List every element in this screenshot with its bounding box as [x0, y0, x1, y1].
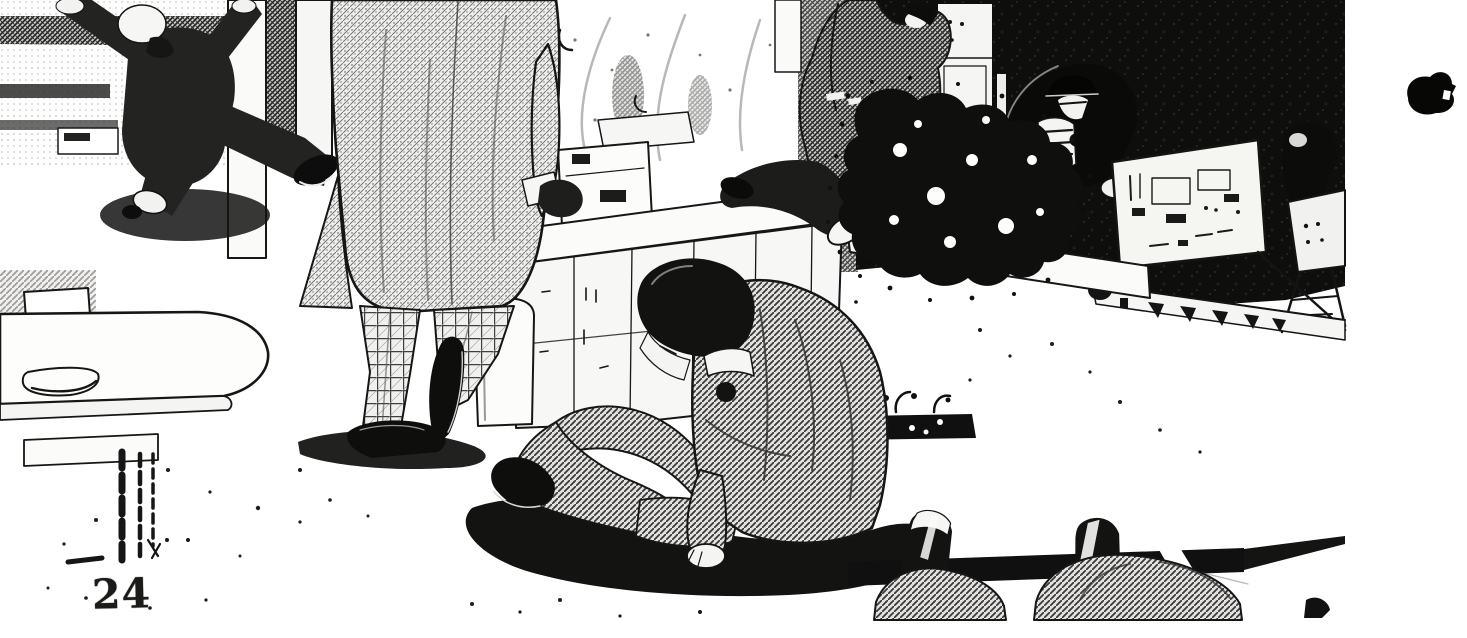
page-number: 24 — [91, 569, 151, 619]
manga-page-scan: 24 — [0, 0, 1467, 638]
floorplan-board — [1112, 140, 1266, 268]
tweed-jacket — [331, 0, 559, 312]
manga-panel-illustration — [0, 0, 1467, 638]
